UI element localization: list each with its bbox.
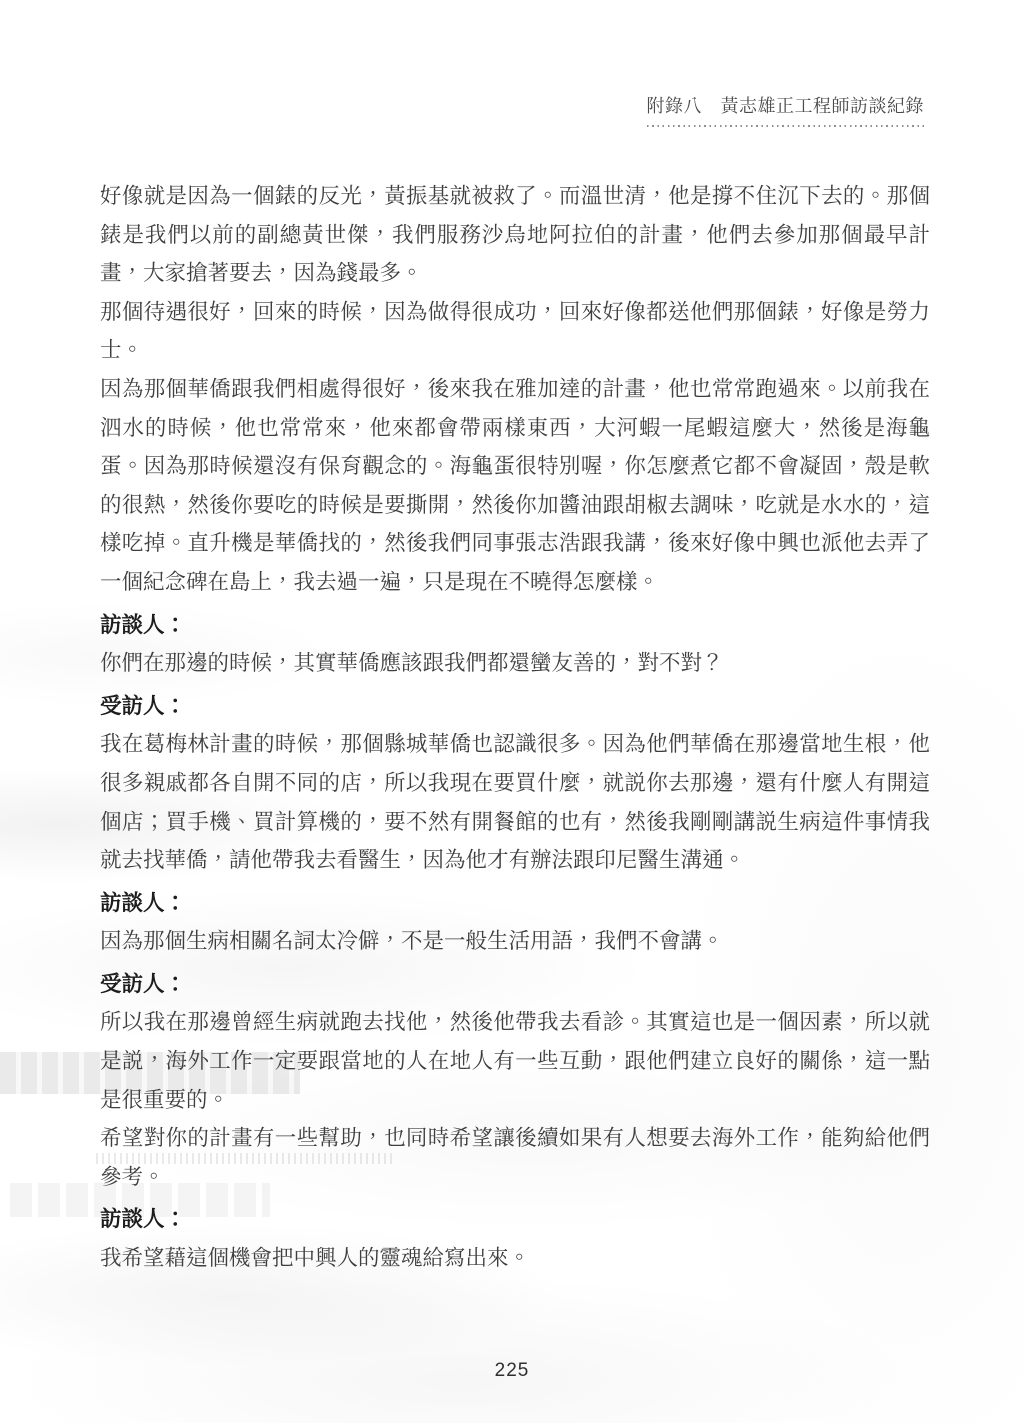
running-header: 附錄八 黃志雄正工程師訪談紀錄 xyxy=(647,95,925,127)
paragraph: 我希望藉這個機會把中興人的靈魂給寫出來。 xyxy=(100,1239,930,1278)
document-body: 好像就是因為一個錶的反光，黃振基就被救了。而溫世清，他是撐不住沉下去的。那個錶是… xyxy=(100,177,930,1278)
speaker-heading: 受訪人： xyxy=(100,687,930,726)
book-page: 附錄八 黃志雄正工程師訪談紀錄 好像就是因為一個錶的反光，黃振基就被救了。而溫世… xyxy=(0,0,1024,1423)
speaker-heading: 訪談人： xyxy=(100,884,930,923)
paragraph: 好像就是因為一個錶的反光，黃振基就被救了。而溫世清，他是撐不住沉下去的。那個錶是… xyxy=(100,177,930,293)
speaker-heading: 訪談人： xyxy=(100,606,930,645)
paragraph: 希望對你的計畫有一些幫助，也同時希望讓後續如果有人想要去海外工作，能夠給他們參考… xyxy=(100,1119,930,1196)
paragraph: 因為那個生病相關名詞太冷僻，不是一般生活用語，我們不會講。 xyxy=(100,922,930,961)
paragraph: 你們在那邊的時候，其實華僑應該跟我們都還蠻友善的，對不對？ xyxy=(100,644,930,683)
speaker-heading: 訪談人： xyxy=(100,1200,930,1239)
paragraph: 因為那個華僑跟我們相處得很好，後來我在雅加達的計畫，他也常常跑過來。以前我在泗水… xyxy=(100,370,930,602)
running-header-title: 附錄八 黃志雄正工程師訪談紀錄 xyxy=(647,96,925,116)
speaker-heading: 受訪人： xyxy=(100,965,930,1004)
page-number: 225 xyxy=(0,1360,1024,1382)
paragraph: 所以我在那邊曾經生病就跑去找他，然後他帶我去看診。其實這也是一個因素，所以就是説… xyxy=(100,1003,930,1119)
dotted-rule xyxy=(647,125,925,127)
paragraph: 那個待遇很好，回來的時候，因為做得很成功，回來好像都送他們那個錶，好像是勞力士。 xyxy=(100,293,930,370)
paragraph: 我在葛梅林計畫的時候，那個縣城華僑也認識很多。因為他們華僑在那邊當地生根，他很多… xyxy=(100,725,930,879)
